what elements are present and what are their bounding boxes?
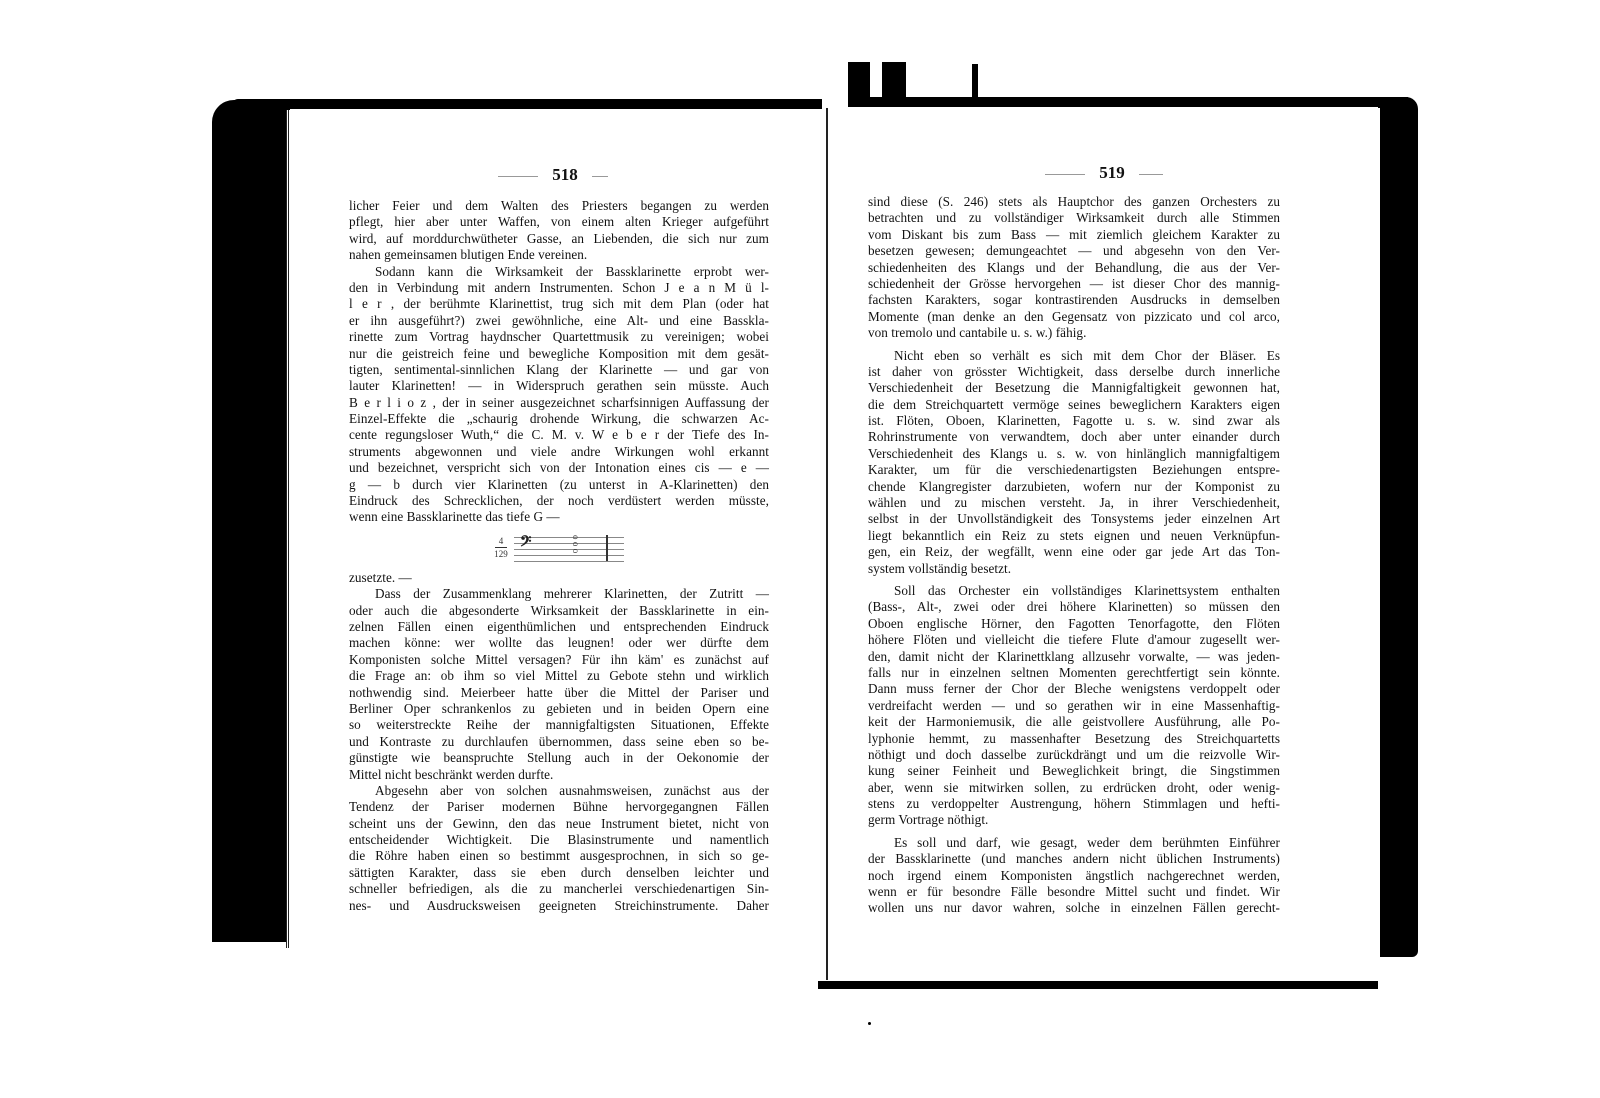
text-line: wählen und zu mischen versteht. Ja, in i…	[868, 495, 1280, 511]
text-line: ist daher von grösster Wichtigkeit, dass…	[868, 364, 1280, 380]
text-line: Sodann kann die Wirksamkeit der Bassklar…	[349, 264, 769, 280]
text-line: noch irgend einem Komponisten ängstlich …	[868, 868, 1280, 884]
text-line: l e r , der berühmte Klarinettist, trug …	[349, 296, 769, 312]
text-line: den in Verbindung mit andern Instrumente…	[349, 280, 769, 296]
text-line: scheint uns der Gewinn, den das neue Ins…	[349, 816, 769, 832]
text-line: ist. Flöten, Oboen, Klarinetten, Fagotte…	[868, 413, 1280, 429]
right-text-block: sind diese (S. 246) stets als Hauptchor …	[868, 194, 1280, 917]
book-cover-top-edge-right	[848, 97, 1408, 107]
text-line: die Frage an: ob ihm so viel Mittel zu G…	[349, 668, 769, 684]
music-staff: 𝄢 o o o	[514, 533, 624, 563]
text-line: aber, wenn sie mitwirken sollen, zu erdr…	[868, 780, 1280, 796]
text-line: zelnen Fällen einen eigenthümlichen und …	[349, 619, 769, 635]
text-line: Karakter, um für die verschiedenartigste…	[868, 462, 1280, 478]
left-text-block-2: zusetzte. —Dass der Zusammenklang mehrer…	[349, 570, 769, 914]
text-line: nöthigt und doch dasselbe zurückdrängt u…	[868, 747, 1280, 763]
text-line: wenn er für besondre Fälle besondre Mitt…	[868, 884, 1280, 900]
bass-clef-icon: 𝄢	[520, 535, 532, 551]
text-line: nur die geistreich feine und bewegliche …	[349, 346, 769, 362]
text-line: falls nur in einzelnen seltnen Momenten …	[868, 665, 1280, 681]
text-line: Momente (man denke an den Gegensatz von …	[868, 309, 1280, 325]
text-line: vom Diskant bis zum Bass — mit ziemlich …	[868, 227, 1280, 243]
text-line: nothwendig sind. Meierbeer hatte über di…	[349, 685, 769, 701]
text-line: Komponisten solche Mittel versagen? Für …	[349, 652, 769, 668]
text-line: Abgesehn aber von solchen ausnahmsweisen…	[349, 783, 769, 799]
text-line: pflegt, hier aber unter Waffen, von eine…	[349, 214, 769, 230]
book-cover-left-edge	[212, 100, 290, 942]
text-line: sättigten Karakter, dass sie eben durch …	[349, 865, 769, 881]
page-number-right: 519	[828, 163, 1380, 183]
text-line: Einzel-Effekte die „schaurig drohende Wi…	[349, 411, 769, 427]
text-line: wollen uns nur davor wahren, solche in e…	[868, 900, 1280, 916]
text-line: gen, ein Reiz, der wegfällt, wenn eine o…	[868, 544, 1280, 560]
note-icon: o o o	[568, 535, 584, 553]
text-line: Berliner Oper schrankenlos zu gebieten u…	[349, 701, 769, 717]
text-line: oder auch die abgesonderte Wirksamkeit d…	[349, 603, 769, 619]
text-line: nahen gemeinsamen blutigen Ende vereinen…	[349, 247, 769, 263]
text-line: lyphonie hemmt, zu massenhafter Besetzun…	[868, 731, 1280, 747]
text-line: Rohrinstrumente von verwandtem, doch abe…	[868, 429, 1280, 445]
book-cover-top-edge-left	[232, 99, 822, 109]
text-line: Nicht eben so verhält es sich mit dem Ch…	[868, 348, 1280, 364]
text-line: fachsten Karakters, sogar kontrastirende…	[868, 292, 1280, 308]
book-scan: 518 licher Feier und dem Walten des Prie…	[0, 0, 1600, 1098]
right-page-body: sind diese (S. 246) stets als Hauptchor …	[868, 194, 1280, 917]
book-cover-right-edge	[1378, 97, 1418, 957]
barline	[606, 535, 608, 561]
spine-mark	[882, 62, 906, 102]
text-line: (Bass-, Alt-, zwei oder drei höhere Klar…	[868, 599, 1280, 615]
spine-mark	[848, 62, 870, 102]
text-line: germ Vortrage nöthigt.	[868, 812, 1280, 828]
margin-speck	[868, 1022, 871, 1025]
text-line: rinette zum Vortrag haydnscher Quartettm…	[349, 329, 769, 345]
text-line: kung seiner Feinheit und Beweglichkeit b…	[868, 763, 1280, 779]
text-line: Soll das Orchester ein vollständiges Kla…	[868, 583, 1280, 599]
text-line: sind diese (S. 246) stets als Hauptchor …	[868, 194, 1280, 210]
text-line: struments abgewonnen und viele andre Wir…	[349, 444, 769, 460]
page-number-text: 519	[1099, 163, 1125, 182]
text-line: Es soll und darf, wie gesagt, weder dem …	[868, 835, 1280, 851]
left-page: 518 licher Feier und dem Walten des Prie…	[286, 110, 817, 948]
left-text-block-1: licher Feier und dem Walten des Priester…	[349, 198, 769, 526]
text-line: schiedenheiten des Klangs und der Behand…	[868, 260, 1280, 276]
text-line: cente regungsloser Wuth,“ die C. M. v. W…	[349, 427, 769, 443]
spine-marks	[848, 62, 928, 102]
text-line: die dem Streichquartett vermöge seines b…	[868, 397, 1280, 413]
text-line: Eindruck des Schrecklichen, der noch ver…	[349, 493, 769, 509]
text-line: Oboen englische Hörner, den Fagotten Ten…	[868, 616, 1280, 632]
text-line: schneller befriedigen, als die zu manche…	[349, 881, 769, 897]
text-line: zusetzte. —	[349, 570, 769, 586]
text-line: system vollständig besetzt.	[868, 561, 1280, 577]
page-number-left: 518	[289, 165, 817, 185]
music-example-reference: 4 129	[494, 536, 508, 559]
text-line: machen könne: wer wollte das leugnen! od…	[349, 635, 769, 651]
text-line: und bezeichnet, verspricht sich von der …	[349, 460, 769, 476]
right-page: 519 sind diese (S. 246) stets als Hauptc…	[826, 108, 1380, 980]
text-line: höhere Flöten und vielleicht die tiefere…	[868, 632, 1280, 648]
text-line: günstigte wie beanspruchte Stellung auch…	[349, 750, 769, 766]
text-line: besetzen gewesen; demungeachtet — und ab…	[868, 243, 1280, 259]
text-line: B e r l i o z , der in seiner ausgezeich…	[349, 395, 769, 411]
text-line: den, damit nicht der Klarinettklang allz…	[868, 649, 1280, 665]
text-line: die Röhre haben einen so bestimmt ausges…	[349, 848, 769, 864]
text-line: und Kontraste zu durchlaufen übernommen,…	[349, 734, 769, 750]
text-line: lauter Klarinetten! — in Widerspruch ger…	[349, 378, 769, 394]
text-line: er ihn ausgeführt?) zwei gewöhnliche, ei…	[349, 313, 769, 329]
text-line: Tendenz der Pariser modernen Bühne hervo…	[349, 799, 769, 815]
text-line: chende Klangregister darzubieten, wofern…	[868, 479, 1280, 495]
book-bottom-edge-right	[818, 981, 1378, 989]
text-line: so weiterstreckte Reihe der mannigfaltig…	[349, 717, 769, 733]
music-example: 4 129 𝄢 o o o	[349, 526, 769, 570]
text-line: entscheidender Wichtigkeit. Die Blasinst…	[349, 832, 769, 848]
text-line: keit der Harmoniemusik, die alle geistvo…	[868, 714, 1280, 730]
text-line: Dass der Zusammenklang mehrerer Klarinet…	[349, 586, 769, 602]
text-line: Mittel nicht beschränkt werden durfte.	[349, 767, 769, 783]
page-number-text: 518	[552, 165, 578, 184]
text-line: selbst in der Unvollständigkeit des Tons…	[868, 511, 1280, 527]
text-line: licher Feier und dem Walten des Priester…	[349, 198, 769, 214]
text-line: stens zu verdoppelter Austrengung, höher…	[868, 796, 1280, 812]
text-line: wenn eine Bassklarinette das tiefe G —	[349, 509, 769, 525]
text-line: g — b durch vier Klarinetten (zu unterst…	[349, 477, 769, 493]
text-line: Dann muss ferner der Chor der Bleche wen…	[868, 681, 1280, 697]
text-line: nes- und Ausdrucksweisen geeigneten Stre…	[349, 898, 769, 914]
text-line: von tremolo und cantabile u. s. w.) fähi…	[868, 325, 1280, 341]
text-line: Verschiedenheit der Besetzung die Mannig…	[868, 380, 1280, 396]
left-page-body: licher Feier und dem Walten des Priester…	[349, 198, 769, 914]
text-line: tigten, sentimental-sinnlichen Klang der…	[349, 362, 769, 378]
text-line: Verschiedenheit des Klangs u. s. w. von …	[868, 446, 1280, 462]
text-line: schiedenheit der Grösse hervorgehen — is…	[868, 276, 1280, 292]
text-line: liegt bekanntlich ein Reiz zu stets eign…	[868, 528, 1280, 544]
text-line: der Bassklarinette (und manches andern n…	[868, 851, 1280, 867]
text-line: betrachten und zu vollständiger Wirksamk…	[868, 210, 1280, 226]
text-line: verdreifacht werden — und so gerathen wi…	[868, 698, 1280, 714]
text-line: wird, auf morddurchwütheter Gasse, an Li…	[349, 231, 769, 247]
